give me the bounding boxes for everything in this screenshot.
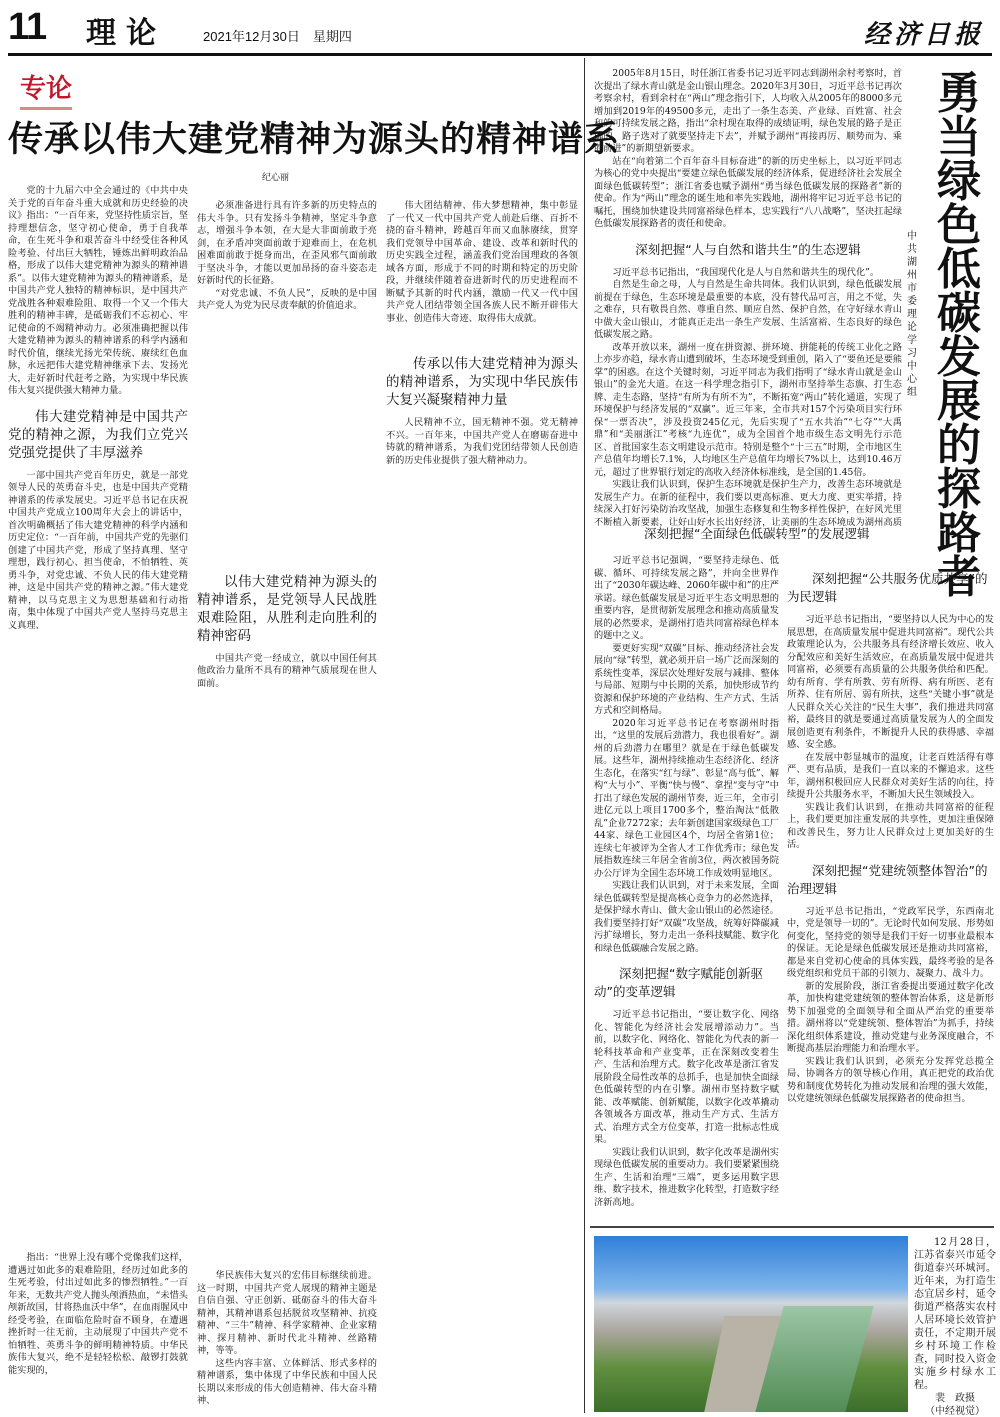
paragraph: 习近平总书记指出，“要坚持以人民为中心的发展思想，在高质量发展中促进共同富裕”。… — [787, 614, 994, 752]
paragraph: 这些内容丰富、立体鲜活、形式多样的精神谱系，集中体现了中华民族和中国人民长期以来… — [197, 1358, 377, 1408]
right-article-col-b: 深刻把握“公共服务优质共享”的为民逻辑 习近平总书记指出，“要坚持以人民为中心的… — [787, 570, 994, 1215]
article-column-2: 必须准备进行具有许多新的历史特点的伟大斗争。只有发扬斗争精神，坚定斗争意志，增强… — [197, 200, 377, 1410]
subheading: 深刻把握“数字赋能创新驱动”的变革逻辑 — [594, 965, 779, 1001]
issue-date: 2021年12月30日 星期四 — [203, 26, 352, 45]
paragraph: 站在“向着第二个百年奋斗目标奋进”的新的历史坐标上，以习近平同志为核心的党中央提… — [594, 156, 902, 231]
paragraph: 伟大团结精神、伟大梦想精神，集中彰显了一代又一代中国共产党人前赴后继、百折不挠的… — [386, 200, 578, 325]
right-article-headline: 勇当绿色低碳发展的探路者 — [932, 72, 986, 600]
paragraph: 实践让我们认识到，在推动共同富裕的征程上，我们要更加注重发展的共享性，更加注重保… — [787, 802, 994, 852]
photo-credit: 裴 政摄 — [914, 1392, 996, 1405]
subheading: 深刻把握“公共服务优质共享”的为民逻辑 — [787, 570, 994, 606]
article-column-1: 党的十九届六中全会通过的《中共中央关于党的百年奋斗重大成就和历史经验的决议》指出… — [8, 185, 188, 1410]
photo-source: （中经视觉） — [914, 1405, 996, 1417]
paragraph: 实践让我们认识到，数字化改革是湖州实现绿色低碳发展的重要动力。我们要紧紧围绕生产… — [594, 1147, 779, 1210]
paragraph: 在发展中彰显城市的温度，让老百姓活得有尊严、更有品质，是我们一直以来的不懈追求。… — [787, 752, 994, 802]
section-name: 理论 — [86, 8, 166, 52]
paragraph: 习近平总书记强调，“要坚持走绿色、低碳、循环、可持续发展之路”，并向全世界作出了… — [594, 555, 779, 643]
subheading: 伟大建党精神是中国共产党的精神之源，为我们立党兴党强党提供了丰厚滋养 — [8, 408, 188, 462]
subheading: 深刻把握“全面绿色低碳转型”的发展逻辑 — [594, 525, 994, 543]
paragraph: 新的发展阶段，浙江省委提出要通过数字化改革，加快构建党建统领的整体智治体系，这是… — [787, 981, 994, 1056]
paragraph: 习近平总书记指出，“我国现代化是人与自然和谐共生的现代化”。 — [594, 267, 902, 280]
right-article-col-a: 习近平总书记强调，“要坚持走绿色、低碳、循环、可持续发展之路”，并向全世界作出了… — [594, 555, 779, 1215]
paragraph: 实践让我们认识到，对于未来发展，全面绿色低碳转型是提高核心竞争力的必然选择，是保… — [594, 880, 779, 955]
article-headline: 传承以伟大建党精神为源头的精神谱系 — [8, 112, 620, 162]
paragraph: “对党忠诚、不负人民”，反映的是中国共产党人为党为民尽责奉献的价值追求。 — [197, 288, 377, 313]
right-subheading-2: 深刻把握“全面绿色低碳转型”的发展逻辑 — [594, 525, 994, 555]
paragraph: 2005年8月15日，时任浙江省委书记习近平同志到湖州余村考察时，首次提出了绿水… — [594, 68, 902, 156]
column-divider — [584, 58, 585, 1413]
paragraph: 改革开放以来，湖州一度在拼资源、拼环境、拼能耗的传统工业化之路上亦步亦趋，绿水青… — [594, 342, 902, 480]
paragraph: 实践让我们认识到，必须充分发挥党总揽全局、协调各方的领导核心作用，真正把党的政治… — [787, 1056, 994, 1106]
subheading: 以伟大建党精神为源头的精神谱系，是党领导人民战胜艰难险阻，从胜利走向胜利的精神密… — [197, 573, 377, 645]
paragraph: 华民族伟大复兴的宏伟目标继续前进。这一时期，中国共产党人展现的精神主题是自信自强… — [197, 1270, 377, 1358]
paragraph: 指出：“世界上没有哪个党像我们这样，遭遇过如此多的艰难险阻，经历过如此多的生死考… — [8, 1252, 188, 1377]
right-article-author: 中共湖州市委理论学习中心组 — [907, 230, 921, 399]
paragraph: 2020年习近平总书记在考察湖州时指出，“这里的发展后劲潜力，我也很看好”。湖州… — [594, 718, 779, 881]
paragraph: 实践让我们认识到，保护生态环境就是保护生产力，改善生态环境就是发展生产力。在新的… — [594, 479, 902, 528]
paragraph: 必须准备进行具有许多新的历史特点的伟大斗争。只有发扬斗争精神，坚定斗争意志，增强… — [197, 200, 377, 288]
paragraph: 要更好实现“双碳”目标、推动经济社会发展向“绿”转型，就必须开启一场广泛而深刻的… — [594, 643, 779, 718]
paragraph: 自然是生命之母，人与自然是生命共同体。我们认识到，绿色低碳发展前提在于绿色，生态… — [594, 279, 902, 342]
paragraph: 人民精神不立，国无精神不强。党无精神不兴。一百年来，中国共产党人在磨砺奋进中铸就… — [386, 417, 578, 467]
page-number: 11 — [8, 6, 46, 49]
subheading: 传承以伟大建党精神为源头的精神谱系，为实现中华民族伟大复兴凝聚精神力量 — [386, 355, 578, 409]
paragraph: 中国共产党一经成立，就以中国任何其他政治力量所不具有的精神气质展现在世人面前。 — [197, 653, 377, 691]
subheading: 深刻把握“人与自然和谐共生”的生态逻辑 — [594, 241, 902, 259]
photo-caption: 12月28日，江苏省泰兴市延令街道泰兴环城河。近年来，为打造生态宜居乡村，延令街… — [914, 1236, 996, 1417]
subheading: 深刻把握“党建统领整体智治”的治理逻辑 — [787, 862, 994, 898]
column-tag: 专论 — [20, 68, 72, 110]
masthead: 11 理论 2021年12月30日 星期四 经济日报 — [8, 0, 992, 56]
article-column-3: 伟大团结精神、伟大梦想精神，集中彰显了一代又一代中国共产党人前赴后继、百折不挠的… — [386, 200, 578, 1410]
paragraph: 一部中国共产党百年历史，就是一部党领导人民的英勇奋斗史，也是中国共产党精神谱系的… — [8, 470, 188, 633]
news-photo-canal — [594, 1236, 908, 1412]
photo-divider — [590, 1226, 994, 1228]
newspaper-logo: 经济日报 — [864, 14, 984, 51]
paragraph: 党的十九届六中全会通过的《中共中央关于党的百年奋斗重大成就和历史经验的决议》指出… — [8, 185, 188, 398]
caption-text: 12月28日，江苏省泰兴市延令街道泰兴环城河。近年来，为打造生态宜居乡村，延令街… — [914, 1236, 996, 1392]
right-article-top: 2005年8月15日，时任浙江省委书记习近平同志到湖州余村考察时，首次提出了绿水… — [594, 68, 902, 528]
paragraph: 习近平总书记指出，“要让数字化、网络化、智能化为经济社会发展增添动力”。当前，以… — [594, 1009, 779, 1147]
paragraph: 习近平总书记指出，“党政军民学，东西南北中，党是领导一切的”。无论时代如何发展、… — [787, 906, 994, 981]
byline: 纪心丽 — [262, 170, 289, 183]
